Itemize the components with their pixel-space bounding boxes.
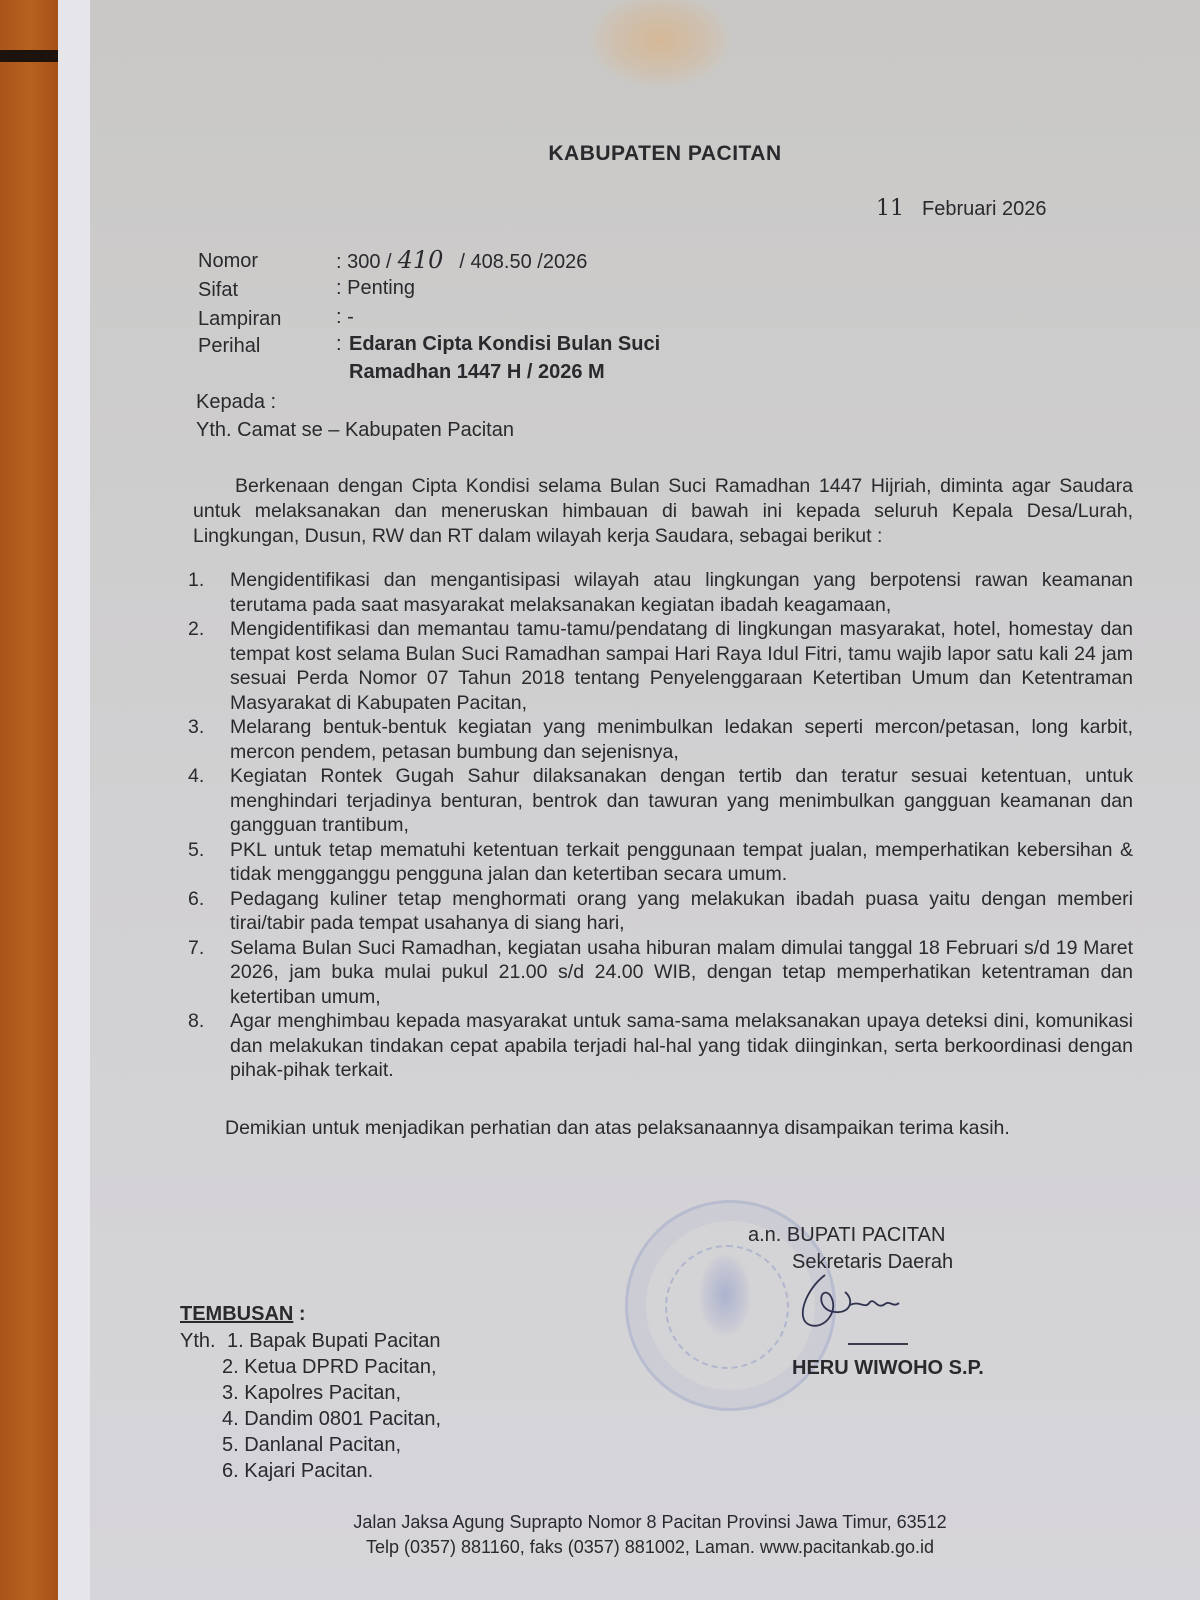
recipient-label: Kepada : — [196, 391, 276, 414]
tembusan-prefix: Yth. — [180, 1330, 216, 1353]
closing-paragraph: Demikian untuk menjadikan perhatian dan … — [225, 1117, 1010, 1140]
footer-address: Jalan Jaksa Agung Suprapto Nomor 8 Pacit… — [0, 1512, 1200, 1533]
list-item-number: 3. — [188, 715, 230, 764]
list-item: 5.PKL untuk tetap mematuhi ketentuan ter… — [188, 838, 1133, 887]
tembusan-item: 4. Dandim 0801 Pacitan, — [222, 1408, 441, 1431]
list-item-number: 5. — [188, 838, 230, 887]
list-item-text: Melarang bentuk-bentuk kegiatan yang men… — [230, 715, 1133, 764]
perihal-colon: : — [336, 333, 342, 356]
stamp-emblem-icon — [700, 1255, 750, 1335]
list-item-number: 1. — [188, 568, 230, 617]
perihal-label: Perihal — [198, 335, 260, 358]
desk-background — [0, 50, 60, 62]
tembusan-item: 1. Bapak Bupati Pacitan — [227, 1330, 440, 1353]
footer-contact: Telp (0357) 881160, faks (0357) 881002, … — [0, 1537, 1200, 1558]
signature-on-behalf: a.n. BUPATI PACITAN — [748, 1224, 945, 1247]
signature-underline — [848, 1343, 908, 1345]
list-item-text: Selama Bulan Suci Ramadhan, kegiatan usa… — [230, 936, 1133, 1010]
instruction-list: 1.Mengidentifikasi dan mengantisipasi wi… — [188, 568, 1133, 1083]
list-item-number: 6. — [188, 887, 230, 936]
list-item: 8.Agar menghimbau kepada masyarakat untu… — [188, 1009, 1133, 1083]
tembusan-item: 6. Kajari Pacitan. — [222, 1460, 373, 1483]
intro-paragraph: Berkenaan dengan Cipta Kondisi selama Bu… — [193, 474, 1133, 549]
nomor-handwritten: 410 — [398, 246, 444, 274]
list-item-number: 4. — [188, 764, 230, 838]
perihal-line-1: Edaran Cipta Kondisi Bulan Suci — [349, 333, 660, 356]
list-item: 3.Melarang bentuk-bentuk kegiatan yang m… — [188, 715, 1133, 764]
signatory-name: HERU WIWOHO S.P. — [792, 1357, 984, 1380]
lampiran-value: : - — [336, 306, 354, 329]
lampiran-label: Lampiran — [198, 308, 281, 331]
letter-title: KABUPATEN PACITAN — [0, 142, 1200, 166]
tembusan-item: 2. Ketua DPRD Pacitan, — [222, 1356, 437, 1379]
tembusan-item: 5. Danlanal Pacitan, — [222, 1434, 401, 1457]
list-item-text: Kegiatan Rontek Gugah Sahur dilaksanakan… — [230, 764, 1133, 838]
tembusan-item: 3. Kapolres Pacitan, — [222, 1382, 401, 1405]
list-item-text: Mengidentifikasi dan memantau tamu-tamu/… — [230, 617, 1133, 715]
list-item: 7.Selama Bulan Suci Ramadhan, kegiatan u… — [188, 936, 1133, 1010]
list-item: 6.Pedagang kuliner tetap menghormati ora… — [188, 887, 1133, 936]
recipient-value: Yth. Camat se – Kabupaten Pacitan — [196, 419, 514, 442]
date-month-year: Februari 2026 — [922, 198, 1047, 220]
nomor-value: : 300 /410/ 408.50 /2026 — [336, 246, 587, 274]
tembusan-heading-text: TEMBUSAN — [180, 1303, 293, 1325]
perihal-line-2: Ramadhan 1447 H / 2026 M — [349, 361, 605, 384]
list-item-text: Mengidentifikasi dan mengantisipasi wila… — [230, 568, 1133, 617]
list-item-number: 8. — [188, 1009, 230, 1083]
list-item: 1.Mengidentifikasi dan mengantisipasi wi… — [188, 568, 1133, 617]
handwritten-signature-icon — [795, 1270, 905, 1330]
list-item: 4.Kegiatan Rontek Gugah Sahur dilaksanak… — [188, 764, 1133, 838]
list-item-text: Pedagang kuliner tetap menghormati orang… — [230, 887, 1133, 936]
sifat-value: : Penting — [336, 277, 415, 300]
tembusan-heading: TEMBUSAN : — [180, 1303, 306, 1326]
list-item-text: Agar menghimbau kepada masyarakat untuk … — [230, 1009, 1133, 1083]
tembusan-colon: : — [293, 1303, 305, 1325]
list-item: 2.Mengidentifikasi dan memantau tamu-tam… — [188, 617, 1133, 715]
sifat-label: Sifat — [198, 279, 238, 302]
list-item-number: 2. — [188, 617, 230, 715]
letter-date: 11Februari 2026 — [876, 196, 1047, 221]
nomor-suffix: / 408.50 /2026 — [459, 251, 587, 273]
list-item-number: 7. — [188, 936, 230, 1010]
date-day-handwritten: 11 — [876, 196, 904, 221]
list-item-text: PKL untuk tetap mematuhi ketentuan terka… — [230, 838, 1133, 887]
nomor-label: Nomor — [198, 250, 258, 273]
nomor-prefix: : 300 / — [336, 251, 392, 273]
